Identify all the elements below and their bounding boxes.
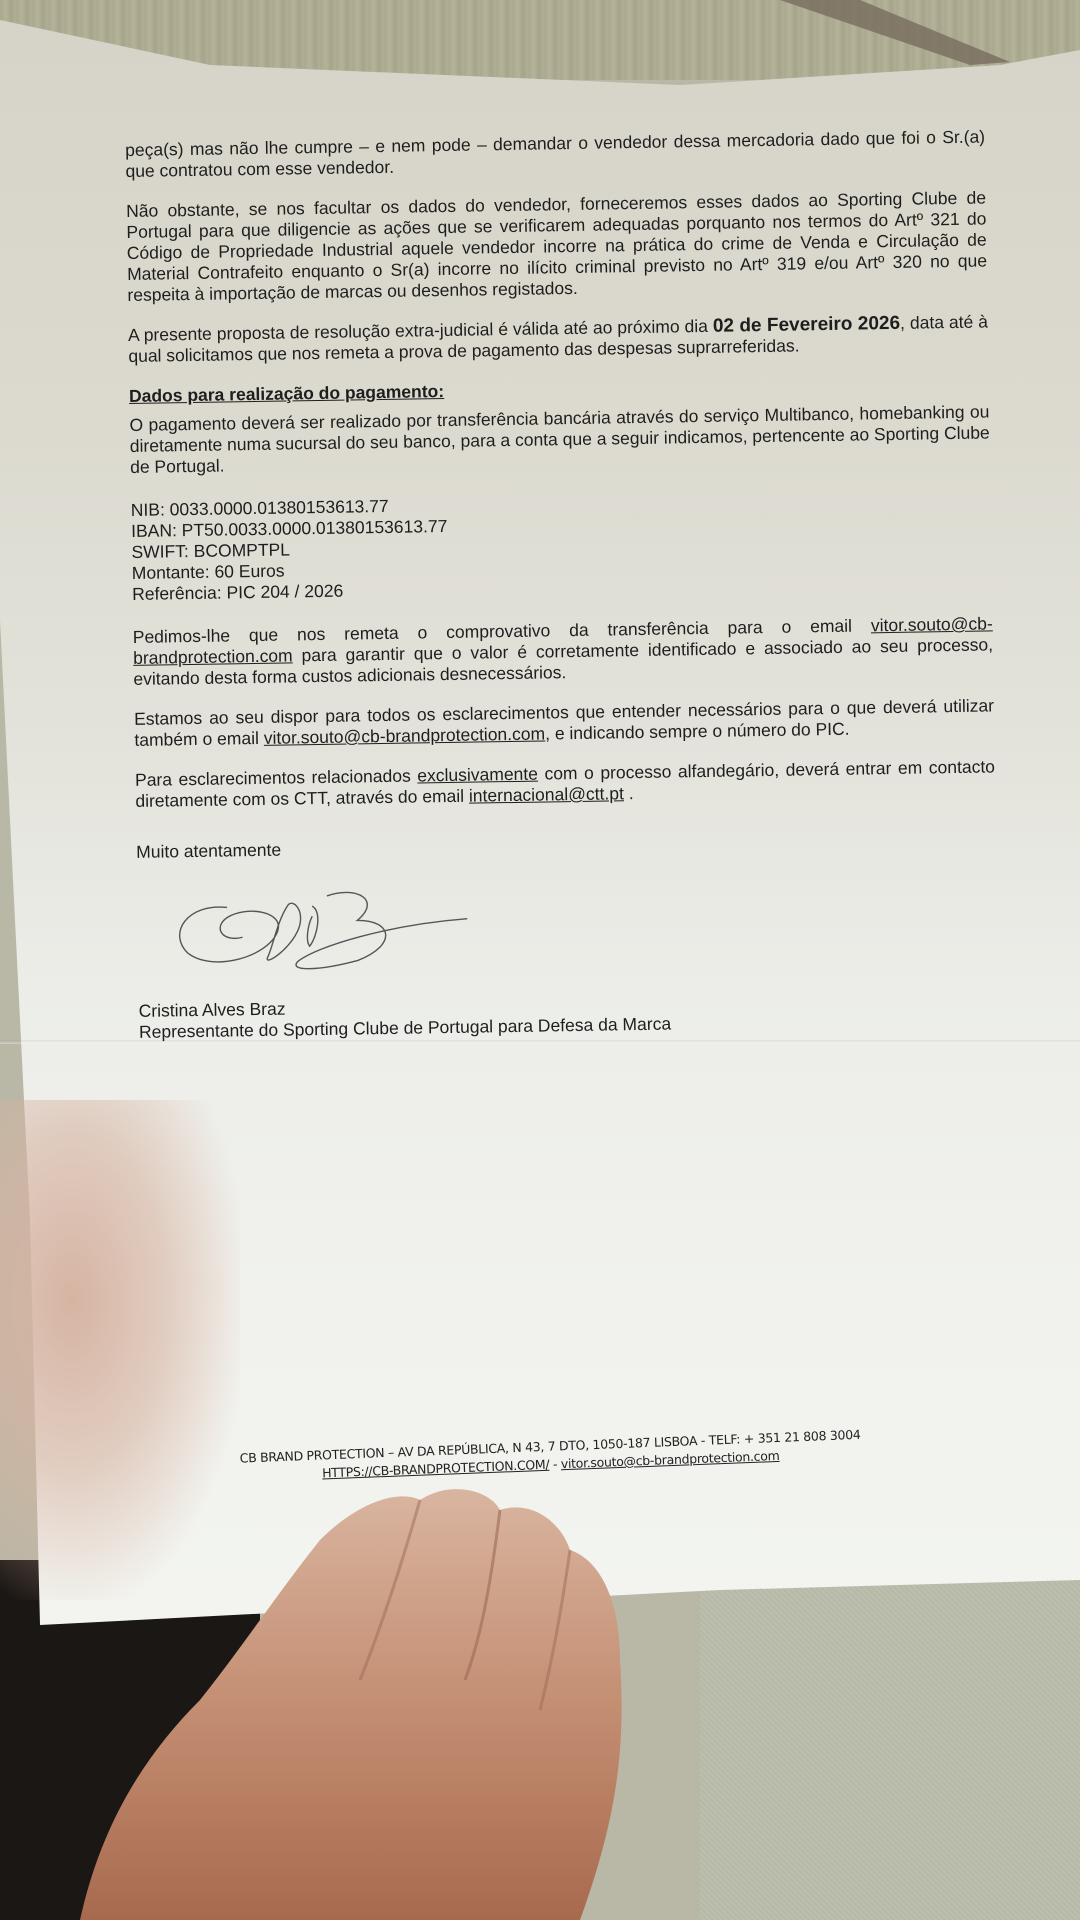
payment-heading: Dados para realização do pagamento:	[129, 372, 989, 407]
footer-separator: -	[549, 1456, 561, 1471]
paragraph-deadline: A presente proposta de resolução extra-j…	[128, 311, 989, 367]
paragraph-contact: Estamos ao seu dispor para todos os escl…	[134, 695, 995, 751]
customs-email-link[interactable]: internacional@ctt.pt	[469, 783, 624, 805]
paragraph-customs: Para esclarecimentos relacionados exclus…	[135, 756, 996, 812]
hand-photo-overlay	[60, 1480, 780, 1920]
payment-intro: O pagamento deverá ser realizado por tra…	[129, 401, 990, 478]
letter-body: peça(s) mas não lhe cumpre – e nem pode …	[125, 126, 999, 1042]
paragraph-proof: Pedimos-lhe que nos remeta o comprovativ…	[133, 613, 994, 690]
paragraph-seller-data: Não obstante, se nos facultar os dados d…	[126, 187, 988, 305]
handwritten-signature	[167, 873, 489, 978]
customs-emphasis: exclusivamente	[417, 764, 538, 786]
customs-text-post: .	[624, 783, 634, 803]
closing: Muito atentamente	[136, 828, 996, 863]
contact-text-post: , e indicando sempre o número do PIC.	[545, 719, 850, 744]
signature-icon	[167, 873, 489, 978]
deadline-date: 02 de Fevereiro 2026	[713, 313, 901, 337]
contact-email-link[interactable]: vitor.souto@cb-brandprotection.com	[264, 723, 546, 747]
bank-details: NIB: 0033.0000.01380153613.77 IBAN: PT50…	[131, 486, 993, 604]
